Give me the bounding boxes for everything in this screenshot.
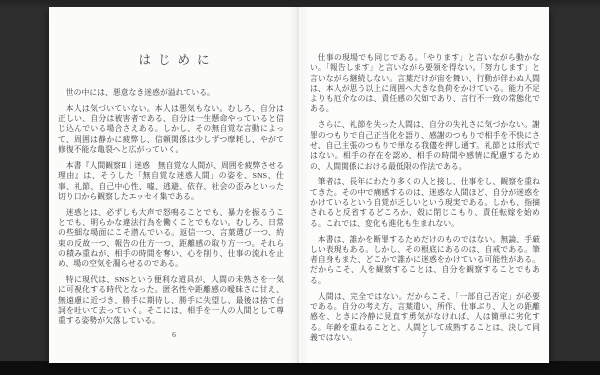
right-page: 仕事の現場でも同じである。「やります」と言いながら動かない。「報告します」と言い… bbox=[299, 7, 549, 363]
paragraph: 特に現代は、SNSという便利な道具が、人間の未熟さを一気に可視化する時代となった… bbox=[58, 275, 284, 326]
paragraph: 迷惑とは、必ずしも大声で怒鳴ることでも、暴力を振るうことでも、明らかな違法行為を… bbox=[58, 208, 284, 270]
chapter-title: はじめに bbox=[59, 50, 289, 68]
paragraph: 筆者は、長年にわたり多くの人と接し、仕事をし、観察を重ねてきた。その中で痛感する… bbox=[310, 177, 540, 228]
paragraph: 本書『人間観察Ⅱ｜迷惑 無自覚な人間が、周囲を疲弊させる理由』は、そうした「無自… bbox=[58, 161, 284, 202]
page-number-left: 6 bbox=[49, 330, 299, 339]
paragraph: 本人は気づいていない。本人は悪気もない。むしろ、自分は正しい、自分は被害者である… bbox=[58, 104, 284, 155]
paragraph: さらに、礼節を失った人間は、自分の失礼さに気づかない。謝罪のつもりで自己正当化を… bbox=[310, 120, 540, 171]
paragraph: 世の中には、悪意なき迷惑が溢れている。 bbox=[58, 88, 284, 98]
reader-backdrop: はじめに 世の中には、悪意なき迷惑が溢れている。 本人は気づいていない。本人は悪… bbox=[0, 0, 600, 375]
page-number-right: 7 bbox=[299, 330, 549, 339]
paragraph: 仕事の現場でも同じである。「やります」と言いながら動かない。「報告します」と言い… bbox=[310, 53, 540, 115]
backdrop-bottom-shadow bbox=[0, 361, 600, 375]
book-spread: はじめに 世の中には、悪意なき迷惑が溢れている。 本人は気づいていない。本人は悪… bbox=[49, 7, 549, 363]
left-page: はじめに 世の中には、悪意なき迷惑が溢れている。 本人は気づいていない。本人は悪… bbox=[49, 7, 299, 363]
right-page-body: 仕事の現場でも同じである。「やります」と言いながら動かない。「報告します」と言い… bbox=[310, 53, 540, 343]
paragraph: 本書は、誰かを断罪するためだけのものではない。無論、手厳しい表現もある。しかし、… bbox=[310, 235, 540, 286]
left-page-body: 世の中には、悪意なき迷惑が溢れている。 本人は気づいていない。本人は悪気もない。… bbox=[58, 88, 284, 327]
